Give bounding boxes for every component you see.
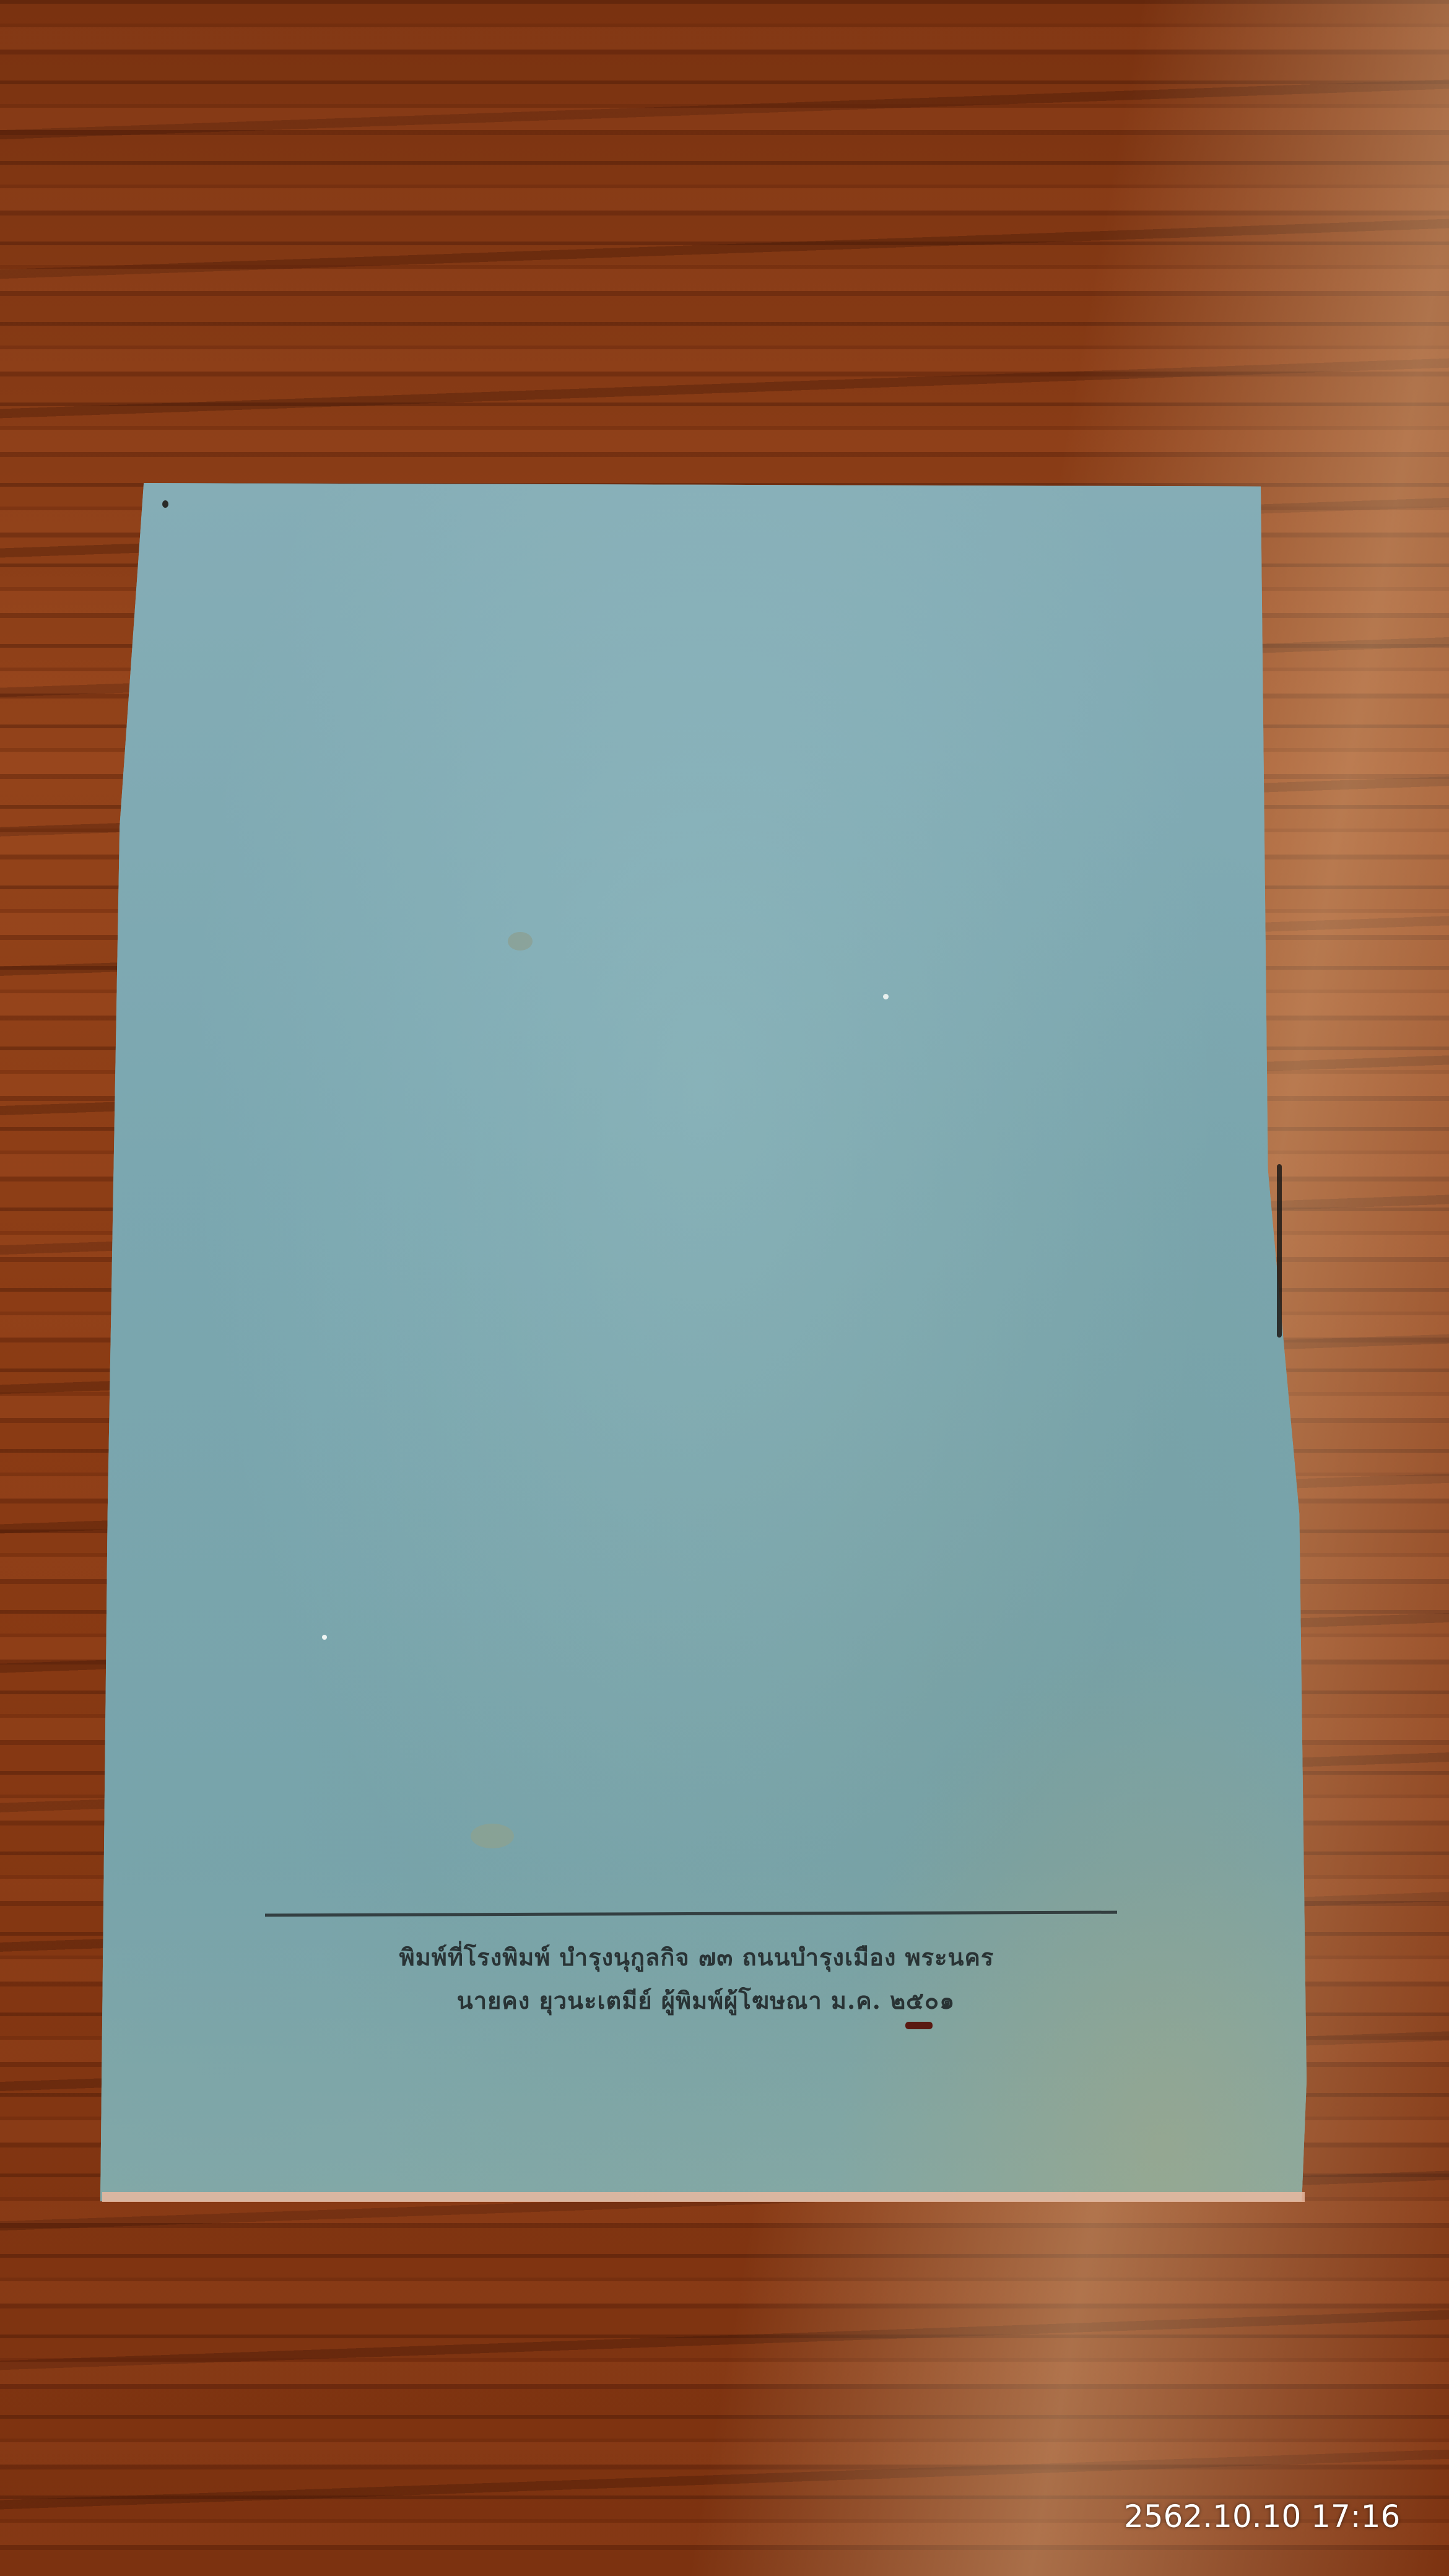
stain-spot [471,1824,514,1848]
booklet-spine-edge [1277,1164,1282,1338]
printer-imprint-line-1: พิมพ์ที่โรงพิมพ์ บำรุงนุกูลกิจ ๗๓ ถนนบำร… [372,1938,1022,1976]
dust-speck [162,500,168,508]
booklet-page-edge [102,2192,1305,2202]
printer-imprint-line-2: นายคง ยุวนะเตมีย์ ผู้พิมพ์ผู้โฆษณา ม.ค. … [409,1982,1003,2019]
stain-spot [508,932,533,951]
ink-mark [905,2022,933,2029]
photo-timestamp: 2562.10.10 17:16 [1124,2499,1400,2535]
dust-speck [883,994,889,999]
dust-speck [322,1635,327,1640]
